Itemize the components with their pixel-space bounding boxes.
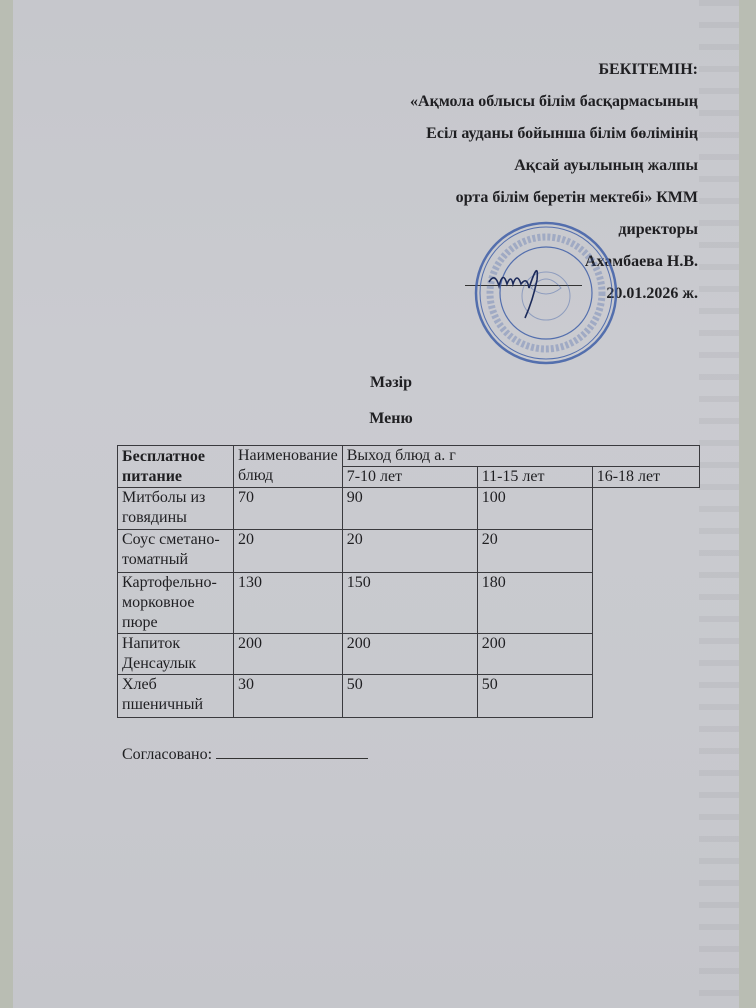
yield-value-cell: 100: [477, 488, 592, 530]
dish-name-cell: Хлеб пшеничный: [118, 675, 234, 718]
table-row: Напиток Денсаулык200200200: [118, 634, 700, 675]
yield-value-cell: 200: [234, 634, 343, 675]
yield-value-cell: 180: [477, 573, 592, 634]
group-label-cell: Бесплатное питание: [118, 446, 234, 488]
yield-value-cell: 130: [234, 573, 343, 634]
yield-value-cell: 20: [234, 530, 343, 573]
title-russian: Меню: [13, 410, 756, 428]
approval-heading: БЕКІТЕМІН:: [410, 54, 698, 86]
agreed-signature-blank: [216, 744, 368, 759]
dish-name-cell: Напиток Денсаулык: [118, 634, 234, 675]
menu-table: Бесплатное питание Наименование блюд Вых…: [117, 445, 700, 718]
group-label: Бесплатное питание: [122, 448, 205, 485]
dish-name-cell: Митболы из говядины: [118, 488, 234, 530]
dish-name-cell: Соус сметано-томатный: [118, 530, 234, 573]
yield-value-cell: 50: [477, 675, 592, 718]
yield-value-cell: 20: [342, 530, 477, 573]
approval-line: «Ақмола облысы білім басқармасының: [410, 86, 698, 118]
yield-header: Выход блюд а. г: [347, 447, 456, 464]
age-column-header: 11-15 лет: [477, 467, 592, 488]
approval-line: Ақсай ауылының жалпы: [410, 150, 698, 182]
approval-line: Есіл ауданы бойынша білім бөлімінің: [410, 118, 698, 150]
dish-header-cell: Наименование блюд: [234, 446, 343, 488]
age-column-header: 16-18 лет: [592, 467, 699, 488]
yield-value-cell: 150: [342, 573, 477, 634]
yield-header-cell: Выход блюд а. г: [342, 446, 699, 467]
dish-header: Наименование блюд: [238, 447, 338, 484]
table-row: Митболы из говядины7090100: [118, 488, 700, 530]
yield-value-cell: 70: [234, 488, 343, 530]
yield-value-cell: 30: [234, 675, 343, 718]
official-stamp-icon: [471, 218, 621, 368]
yield-value-cell: 90: [342, 488, 477, 530]
title-kazakh: Мәзір: [13, 374, 756, 392]
approval-line: орта білім беретін мектебі» КММ: [410, 182, 698, 214]
dish-name-cell: Картофельно-морковное пюре: [118, 573, 234, 634]
yield-value-cell: 50: [342, 675, 477, 718]
yield-value-cell: 20: [477, 530, 592, 573]
yield-value-cell: 200: [477, 634, 592, 675]
table-row: Картофельно-морковное пюре130150180: [118, 573, 700, 634]
agreement-line: Согласовано:: [122, 744, 368, 764]
age-column-header: 7-10 лет: [342, 467, 477, 488]
agreed-label: Согласовано:: [122, 746, 212, 763]
yield-value-cell: 200: [342, 634, 477, 675]
table-row: Хлеб пшеничный305050: [118, 675, 700, 718]
table-row: Соус сметано-томатный202020: [118, 530, 700, 573]
